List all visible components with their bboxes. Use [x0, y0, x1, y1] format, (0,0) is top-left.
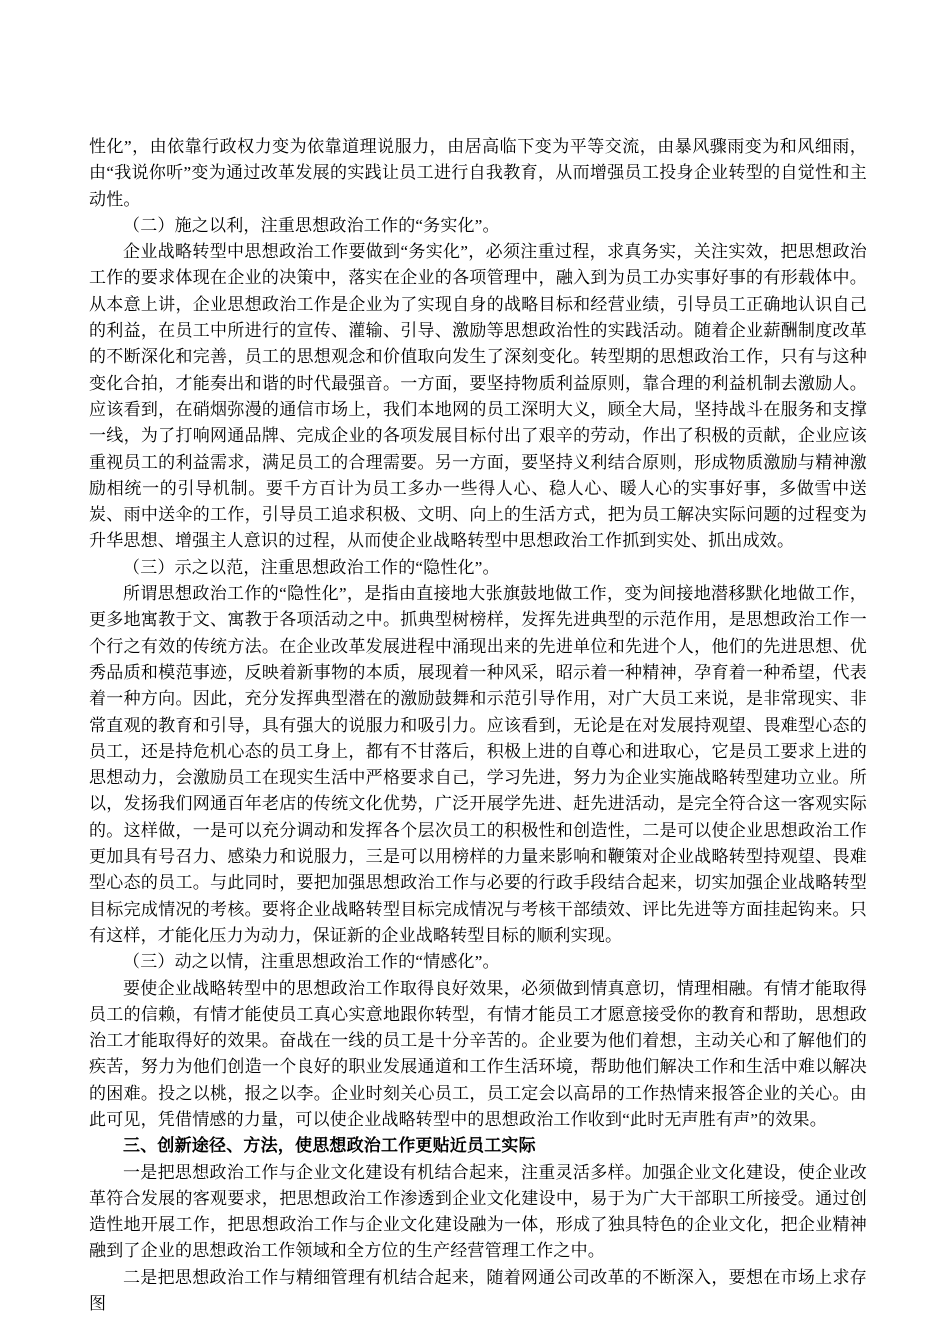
section-heading: 三、创新途径、方法，使思想政治工作更贴近员工实际	[89, 1133, 867, 1159]
subsection-heading: （二）施之以利，注重思想政治工作的“务实化”。	[89, 213, 867, 239]
body-paragraph: 一是把思想政治工作与企业文化建设有机结合起来，注重灵活多样。加强企业文化建设，使…	[89, 1160, 867, 1265]
document-page: 性化”，由依靠行政权力变为依靠道理说服力，由居高临下变为平等交流，由暴风骤雨变为…	[0, 0, 950, 1344]
body-paragraph: 二是把思想政治工作与精细管理有机结合起来，随着网通公司改革的不断深入，要想在市场…	[89, 1265, 867, 1318]
subsection-heading: （三）动之以情，注重思想政治工作的“情感化”。	[89, 949, 867, 975]
body-paragraph: 要使企业战略转型中的思想政治工作取得良好效果，必须做到情真意切，情理相融。有情才…	[89, 976, 867, 1134]
body-paragraph: 所谓思想政治工作的“隐性化”，是指由直接地大张旗鼓地做工作，变为间接地潜移默化地…	[89, 581, 867, 949]
subsection-heading: （三）示之以范，注重思想政治工作的“隐性化”。	[89, 555, 867, 581]
body-paragraph: 性化”，由依靠行政权力变为依靠道理说服力，由居高临下变为平等交流，由暴风骤雨变为…	[89, 134, 867, 213]
body-paragraph: 企业战略转型中思想政治工作要做到“务实化”，必须注重过程，求真务实，关注实效，把…	[89, 239, 867, 555]
document-text-body: 性化”，由依靠行政权力变为依靠道理说服力，由居高临下变为平等交流，由暴风骤雨变为…	[89, 134, 867, 1317]
